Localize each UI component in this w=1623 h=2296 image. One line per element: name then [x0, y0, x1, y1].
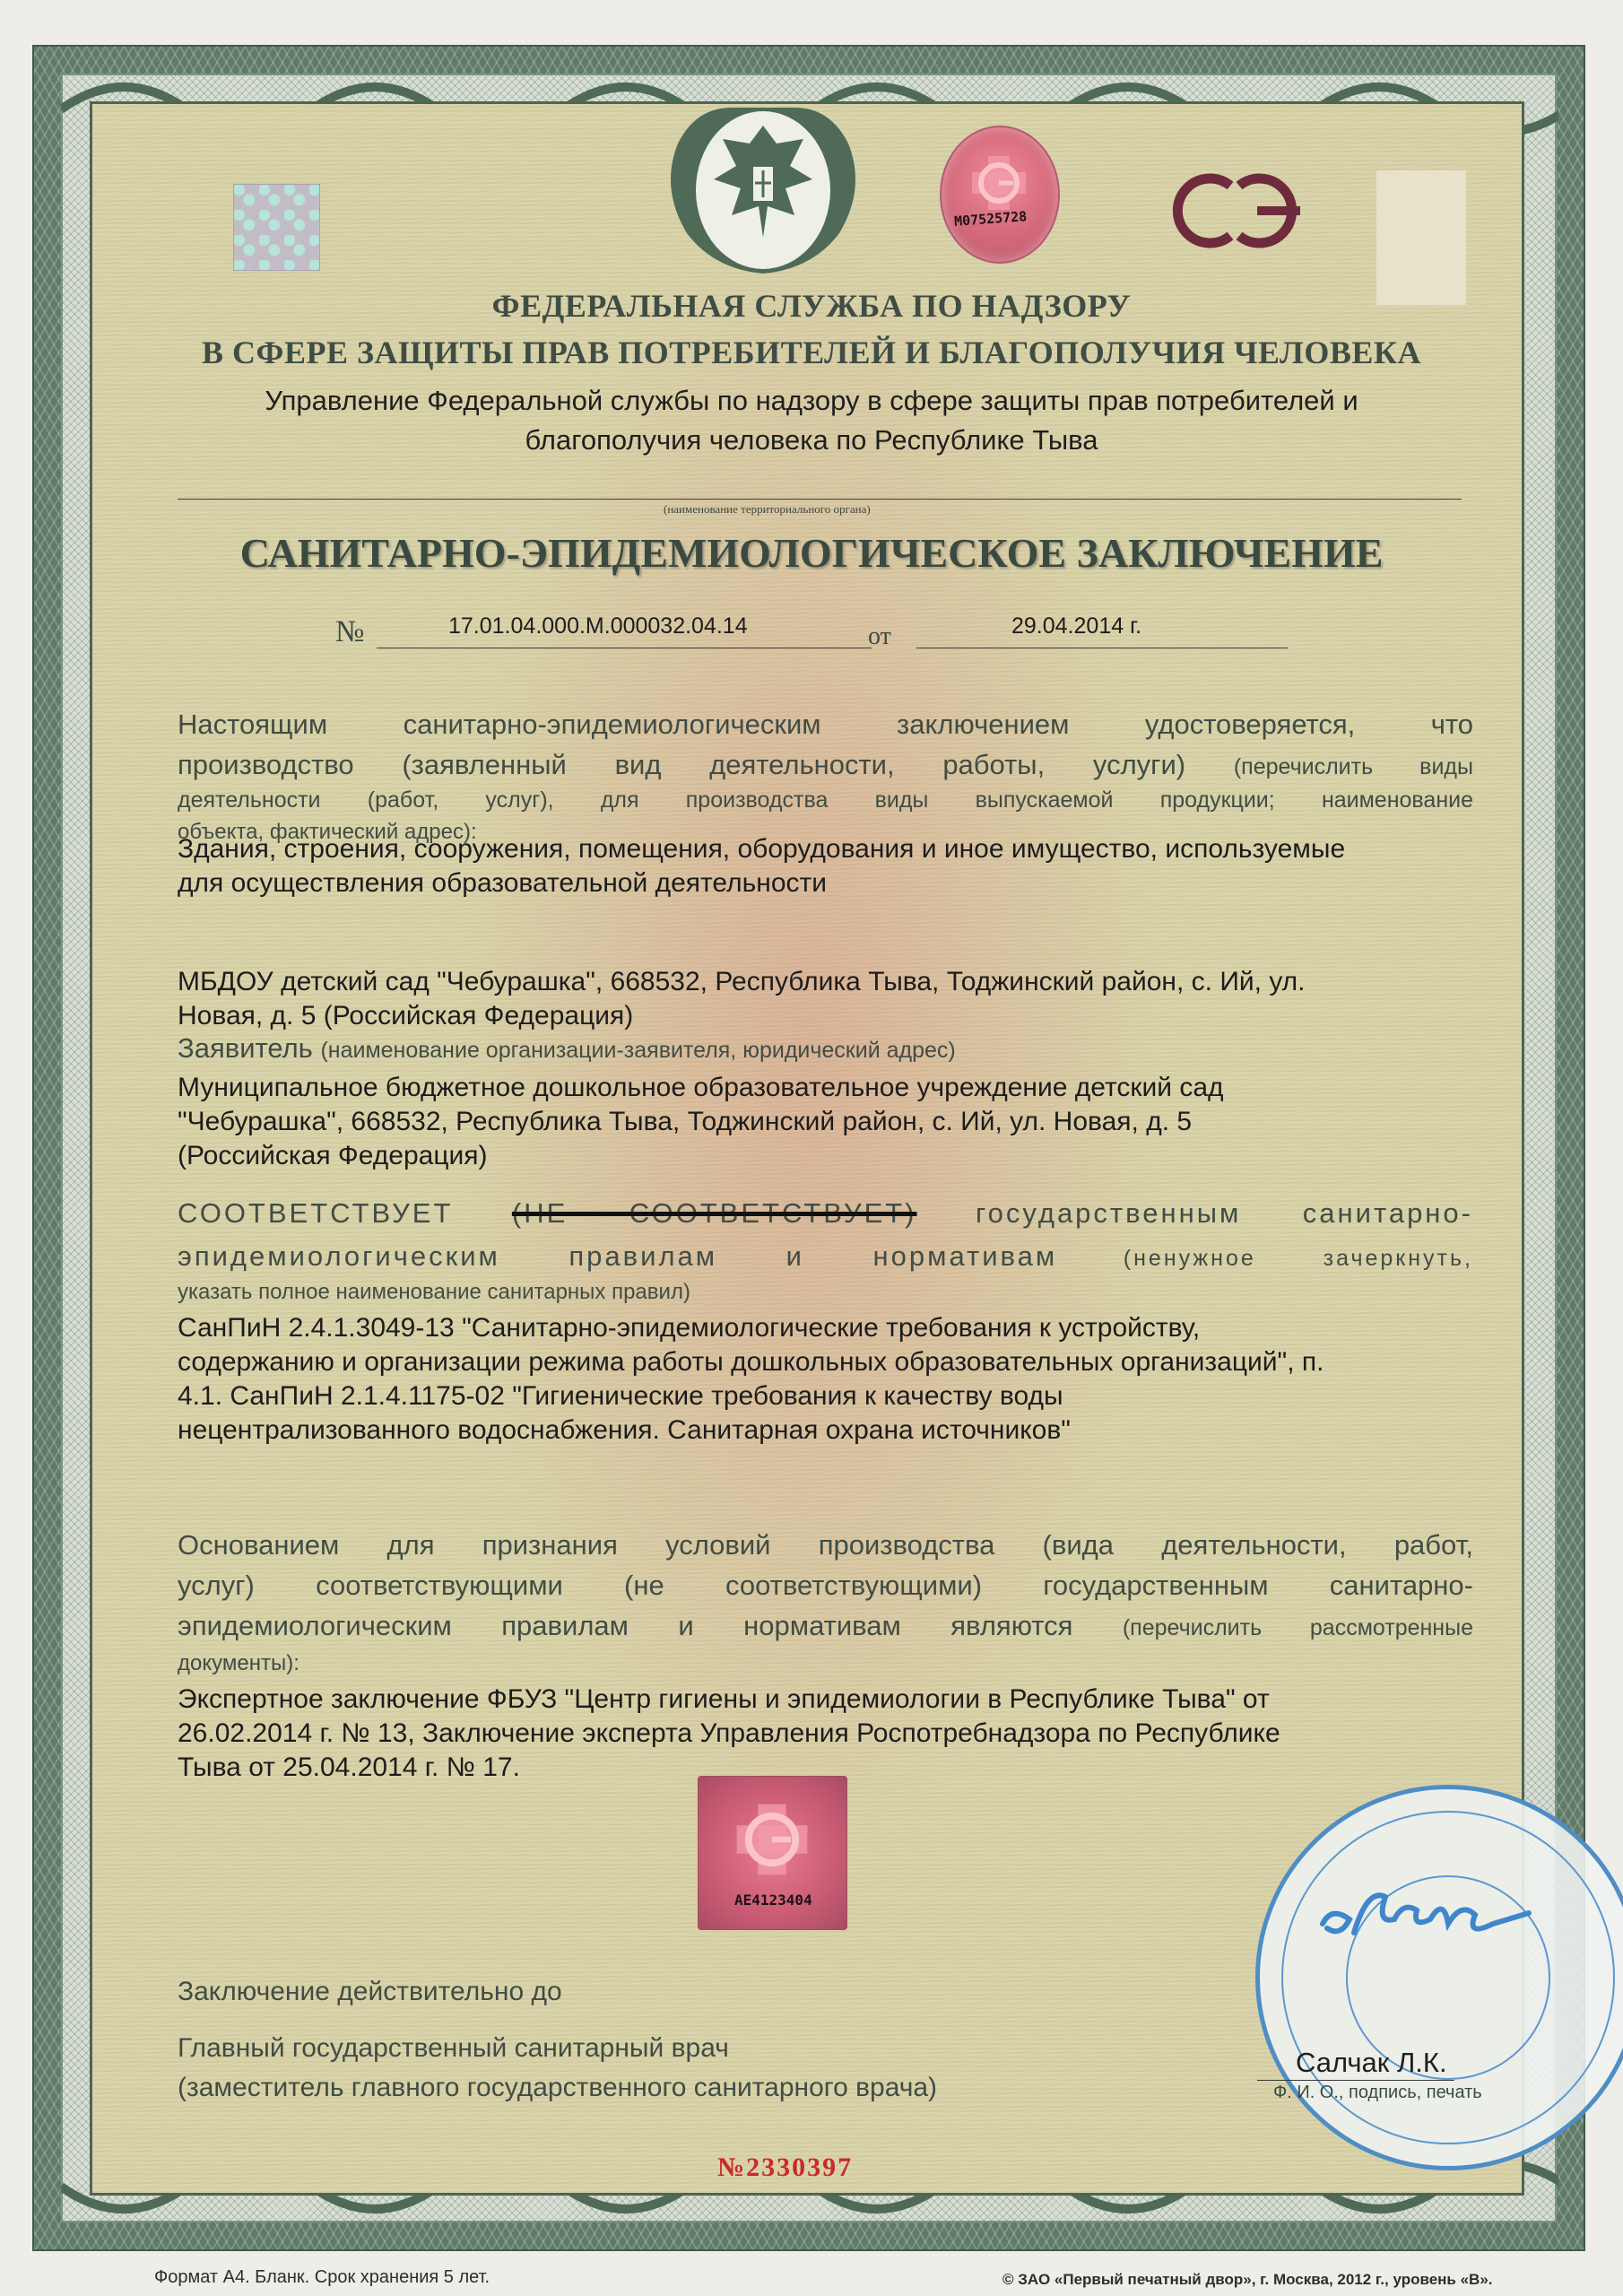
compliance-status: СООТВЕТСТВУЕТ	[178, 1197, 453, 1229]
applicant-hint: (наименование организации-заявителя, юри…	[320, 1038, 955, 1063]
document-title: САНИТАРНО-ЭПИДЕМИОЛОГИЧЕСКОЕ ЗАКЛЮЧЕНИЕ	[90, 529, 1533, 577]
footer-printer-note: © ЗАО «Первый печатный двор», г. Москва,…	[1002, 2271, 1493, 2289]
certifies-line2-main: производство (заявленный вид деятельност…	[178, 749, 1185, 780]
agency-title-line2: В СФЕРЕ ЗАЩИТЫ ПРАВ ПОТРЕБИТЕЛЕЙ И БЛАГО…	[90, 334, 1533, 371]
double-headed-eagle-emblem-icon	[660, 90, 866, 278]
footer-format-note: Формат А4. Бланк. Срок хранения 5 лет.	[154, 2267, 490, 2288]
date-underline	[916, 648, 1288, 648]
signature-underline	[1257, 2080, 1454, 2081]
number-underline	[377, 648, 872, 648]
form-serial-number: №2330397	[717, 2152, 853, 2183]
hologram-serial-top: M07525728	[954, 206, 1054, 230]
basis-line1: Основанием для признания условий произво…	[178, 1525, 1473, 1565]
basis-documents: Экспертное заключение ФБУЗ "Центр гигиен…	[178, 1683, 1478, 1785]
compliance-struck-option: (НЕ СООТВЕТСТВУЕТ)	[512, 1197, 917, 1229]
rules-line3: 4.1. СанПиН 2.1.4.1175-02 "Гигиенические…	[178, 1379, 1478, 1413]
signatory-caption: Ф. И. О., подпись, печать	[1273, 2083, 1482, 2103]
basis-line3-hint: (перечислить рассмотренные	[1123, 1615, 1473, 1640]
basis-line3-main: эпидемиологическим правилам и нормативам…	[178, 1610, 1072, 1641]
rules-line1: СанПиН 2.4.1.3049-13 "Санитарно-эпидемио…	[178, 1311, 1478, 1345]
hologram-strip	[233, 184, 320, 271]
basis-line3: эпидемиологическим правилам и нормативам…	[178, 1605, 1473, 1648]
signature-icon	[1314, 1870, 1538, 1960]
object-description: Здания, строения, сооружения, помещения,…	[178, 832, 1478, 900]
object-address: МБДОУ детский сад "Чебурашка", 668532, Р…	[178, 965, 1478, 1033]
rules-line4: нецентрализованного водоснабжения. Санит…	[178, 1413, 1478, 1448]
applicant-details: Муниципальное бюджетное дошкольное образ…	[178, 1071, 1478, 1173]
compliance-line1: СООТВЕТСТВУЕТ (НЕ СООТВЕТСТВУЕТ) государ…	[178, 1193, 1473, 1233]
territorial-body-line1: Управление Федеральной службы по надзору…	[90, 381, 1533, 421]
certificate-page: M07525728 ФЕДЕРАЛЬНАЯ СЛУЖБА ПО НАДЗОРУ …	[0, 0, 1623, 2296]
compliance-line3-hint: указать полное наименование санитарных п…	[178, 1272, 1473, 1312]
certifies-line2-hint: (перечислить виды	[1234, 754, 1473, 779]
se-logo-icon	[1157, 166, 1318, 256]
applicant-line2: "Чебурашка", 668532, Республика Тыва, То…	[178, 1105, 1478, 1139]
hologram-seal-top: M07525728	[940, 126, 1060, 264]
applicant-label: Заявитель	[178, 1032, 313, 1064]
signatory-title-line2: (заместитель главного государственного с…	[178, 2068, 1164, 2108]
date-label: от	[868, 622, 891, 651]
applicant-label-row: Заявитель (наименование организации-заяв…	[178, 1028, 1473, 1071]
basis-line2: услуг) соответствующими (не соответствую…	[178, 1565, 1473, 1605]
official-stamp	[1255, 1785, 1623, 2170]
signatory-name: Салчак Л.К.	[1296, 2047, 1447, 2079]
territorial-body-caption: (наименование территориального органа)	[664, 502, 871, 517]
object-line2: для осуществления образовательной деятел…	[178, 866, 1478, 900]
document-date: 29.04.2014 г.	[1011, 613, 1141, 639]
object-line1: Здания, строения, сооружения, помещения,…	[178, 832, 1478, 866]
rospotrebnadzor-logo-icon	[970, 154, 1028, 212]
applicant-line3: (Российская Федерация)	[178, 1139, 1478, 1173]
agency-title-line1: ФЕДЕРАЛЬНАЯ СЛУЖБА ПО НАДЗОРУ	[90, 287, 1533, 325]
hologram-serial-bottom: AE4123404	[734, 1892, 812, 1909]
territorial-body-line2: благополучия человека по Республике Тыва	[90, 421, 1533, 460]
basis-line4-hint: документы):	[178, 1643, 1473, 1683]
address-line1: МБДОУ детский сад "Чебурашка", 668532, Р…	[178, 965, 1478, 999]
rospotrebnadzor-logo-icon	[734, 1802, 810, 1877]
docs-line2: 26.02.2014 г. № 13, Заключение эксперта …	[178, 1717, 1478, 1751]
rules-line2: содержанию и организации режима работы д…	[178, 1345, 1478, 1379]
sanitary-rules: СанПиН 2.4.1.3049-13 "Санитарно-эпидемио…	[178, 1311, 1478, 1448]
applicant-line1: Муниципальное бюджетное дошкольное образ…	[178, 1071, 1478, 1105]
document-number: 17.01.04.000.М.000032.04.14	[448, 613, 748, 639]
compliance-line1-rest: государственным санитарно-	[976, 1197, 1473, 1229]
compliance-line2-hint: (ненужное зачеркнуть,	[1124, 1246, 1473, 1271]
docs-line1: Экспертное заключение ФБУЗ "Центр гигиен…	[178, 1683, 1478, 1717]
certifies-line1: Настоящим санитарно-эпидемиологическим з…	[178, 704, 1473, 744]
signatory-title: Главный государственный санитарный врач …	[178, 2029, 1164, 2108]
territorial-body: Управление Федеральной службы по надзору…	[90, 381, 1533, 460]
compliance-line2-main: эпидемиологическим правилам и нормативам	[178, 1240, 1057, 1272]
validity-label: Заключение действительно до	[178, 1971, 985, 2012]
signatory-title-line1: Главный государственный санитарный врач	[178, 2029, 1164, 2068]
hologram-seal-bottom: AE4123404	[698, 1776, 847, 1930]
territorial-body-underline	[178, 499, 1462, 500]
paper-patch	[1376, 170, 1466, 305]
number-label: №	[335, 615, 364, 649]
